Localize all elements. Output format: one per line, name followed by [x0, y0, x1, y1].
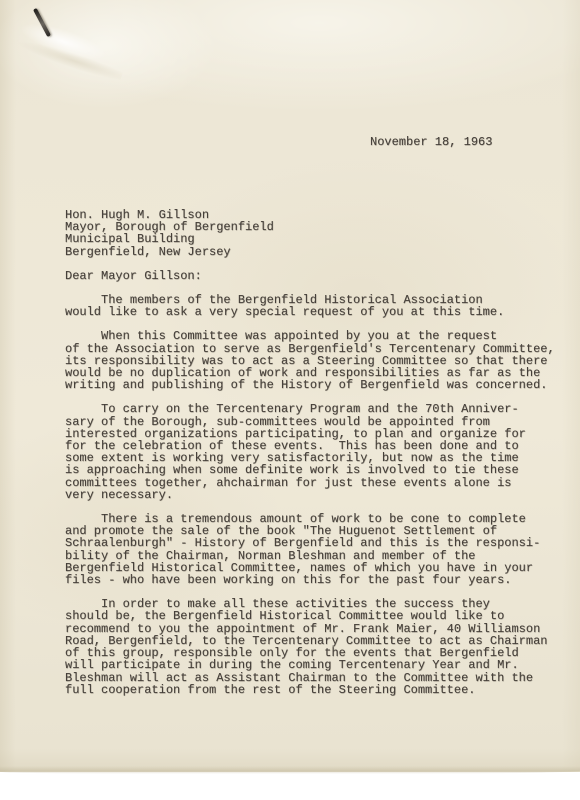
- letter-paragraph-1: The members of the Bergenfield Historica…: [65, 294, 567, 318]
- recipient-city: Bergenfield, New Jersey: [65, 246, 567, 258]
- letter-paragraph-3: To carry on the Tercentenary Program and…: [65, 403, 567, 501]
- recipient-address-block: Hon. Hugh M. Gillson Mayor, Borough of B…: [65, 209, 567, 258]
- letter-paragraph-2: When this Committee was appointed by you…: [65, 330, 567, 391]
- scanned-letter-page: November 18, 1963 Hon. Hugh M. Gillson M…: [0, 0, 580, 800]
- salutation: Dear Mayor Gillson:: [65, 270, 567, 282]
- letter-paragraph-5: In order to make all these activities th…: [65, 598, 567, 696]
- recipient-building: Municipal Building: [65, 233, 567, 245]
- letter-paragraph-4: There is a tremendous amount of work to …: [65, 513, 567, 586]
- letter-date: November 18, 1963: [370, 136, 492, 149]
- paper-bottom-edge: [0, 766, 580, 774]
- letter-body: Hon. Hugh M. Gillson Mayor, Borough of B…: [65, 209, 567, 696]
